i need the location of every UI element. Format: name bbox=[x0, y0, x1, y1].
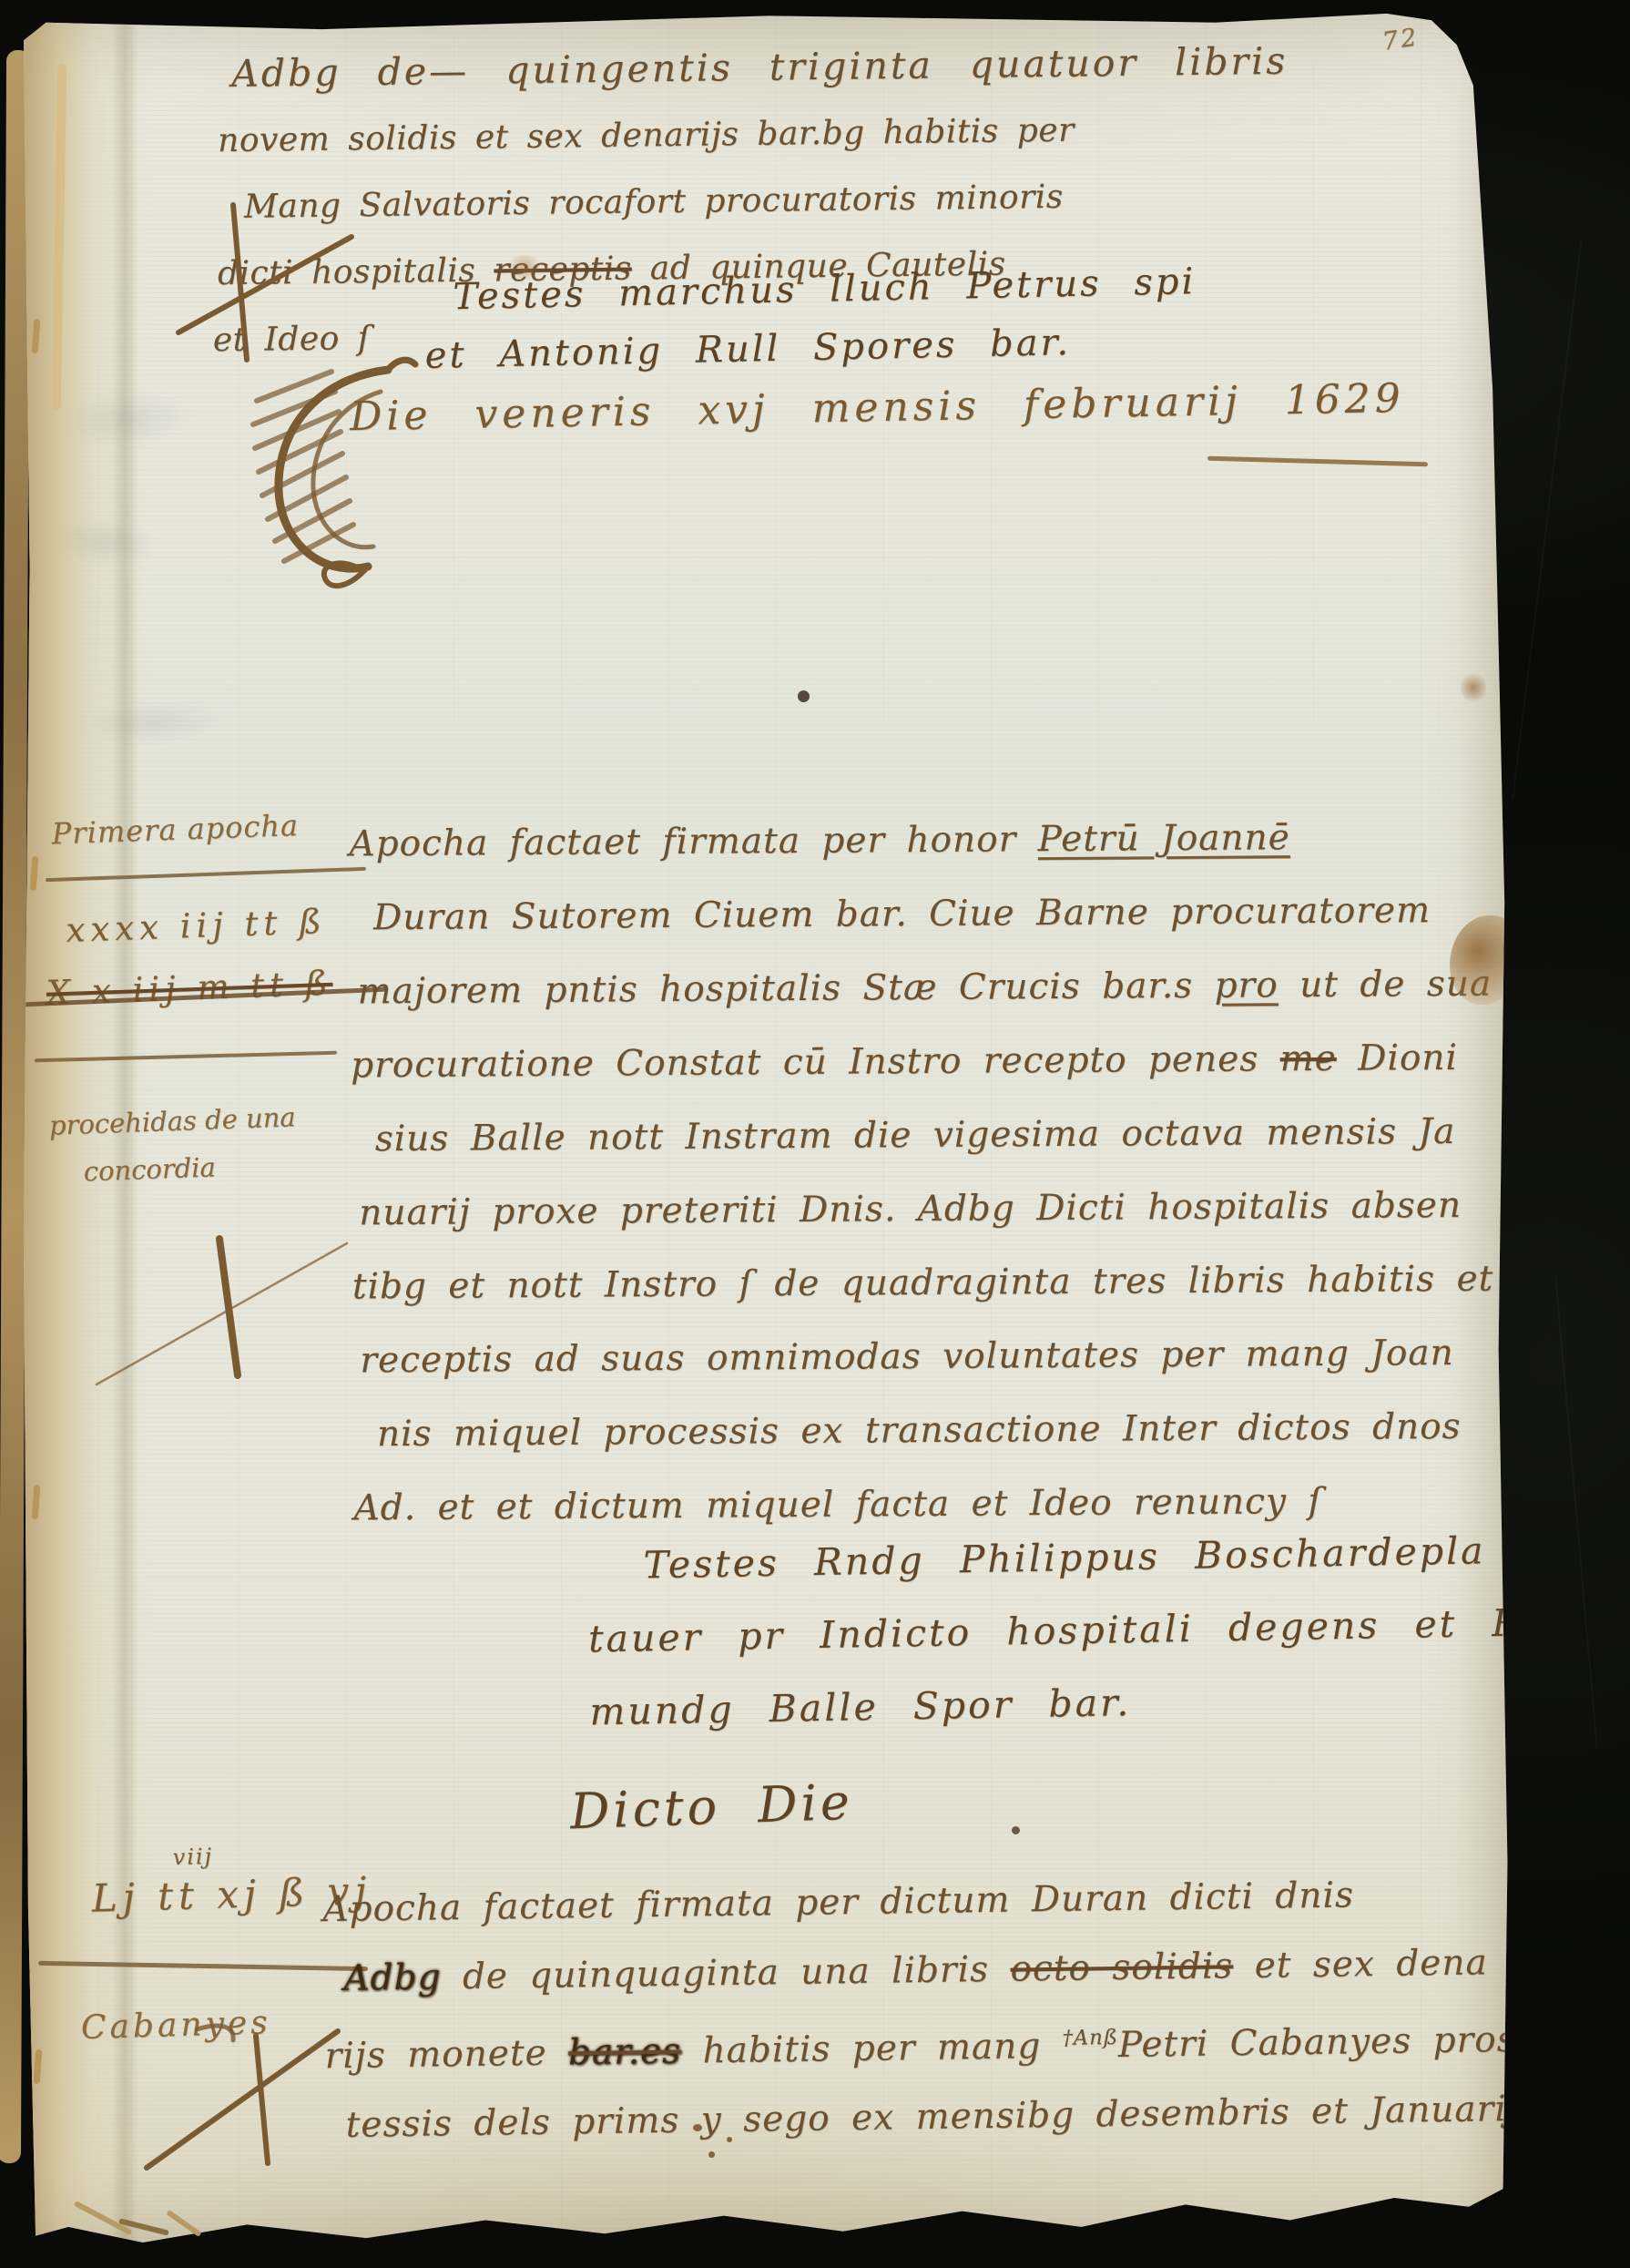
ink-stain bbox=[506, 255, 543, 279]
line-segment: Dioni bbox=[1337, 1037, 1459, 1079]
paraph-flourish-icon bbox=[251, 344, 420, 604]
spine-ridge bbox=[52, 64, 67, 410]
folio-number: 72 bbox=[1380, 23, 1421, 56]
ink-spot bbox=[1012, 1826, 1020, 1834]
show-through-smudge bbox=[58, 387, 199, 451]
manuscript-line: sius Balle nott Instram die vigesima oct… bbox=[351, 1095, 1492, 1177]
ink-speck bbox=[727, 2137, 732, 2142]
margin-note-primera-apocha: Primera apocha xxxx iij tt ß X x iij m t… bbox=[36, 804, 401, 817]
ink-speck bbox=[708, 2151, 715, 2158]
line-segment: de quinquaginta una libris bbox=[441, 1949, 1011, 1998]
binding-stitch bbox=[34, 2049, 43, 2084]
cross-mark bbox=[160, 191, 361, 373]
underline-stroke bbox=[1207, 456, 1428, 467]
underline-stroke bbox=[35, 1051, 337, 1063]
line-segment: habitis per mang bbox=[681, 2026, 1063, 2072]
margin-amount-struck: X x iij m tt ß bbox=[46, 964, 333, 1013]
margin-note-line: procehidas de una bbox=[48, 1101, 296, 1140]
margin-note-line: concordia bbox=[83, 1151, 216, 1187]
margin-amount: xxxx iij tt ß bbox=[66, 902, 328, 950]
binding-stitch bbox=[30, 856, 39, 891]
manuscript-page: 72 Adbg de— quingentis triginta quatuor … bbox=[24, 9, 1513, 2242]
blotted-word: Adbg bbox=[343, 1956, 442, 1998]
underline-stroke bbox=[46, 867, 366, 882]
ink-speck bbox=[693, 2124, 702, 2131]
ink-stain bbox=[1461, 672, 1486, 703]
margin-note-cabanyes: viij Lj tt xj ß vj Cabanyes bbox=[36, 1863, 382, 1873]
show-through-smudge bbox=[50, 516, 161, 567]
struck-words: octo solidis bbox=[1010, 1946, 1233, 1989]
dicto-die-heading: Dicto Die bbox=[569, 1773, 854, 1841]
date-heading: Die veneris xvj mensis februarij 1629 bbox=[350, 375, 1405, 440]
manuscript-line: tibg et nott Instro ſ de quadraginta tre… bbox=[352, 1242, 1494, 1324]
binding-stitch bbox=[32, 319, 41, 353]
ink-spot bbox=[798, 690, 810, 702]
line-segment: Apocha factaet firmata per honor bbox=[349, 819, 1038, 864]
margin-title: Primera apocha bbox=[51, 808, 299, 851]
manuscript-line: Adbg de— quingentis triginta quatuor lib… bbox=[204, 28, 1289, 108]
background-crease bbox=[1554, 1276, 1597, 1748]
entry-second-apocha: Apocha factaet firmata per honor Petrū J… bbox=[349, 800, 1495, 1546]
manuscript-line: majorem pntis hospitalis Stæ Crucis bar.… bbox=[350, 947, 1492, 1029]
line-segment: Petri Cabanyes pros bbox=[1118, 2019, 1516, 2066]
manuscript-scan: 72 Adbg de— quingentis triginta quatuor … bbox=[0, 0, 1630, 2268]
line-segment: majorem pntis hospitalis Stæ Crucis bar.… bbox=[357, 965, 1214, 1013]
line-segment: procuratione Constat cū Instro recepto p… bbox=[351, 1038, 1280, 1086]
show-through-smudge bbox=[77, 699, 225, 746]
interlinear-insertion: †Anß bbox=[1062, 2026, 1118, 2050]
cross-mark bbox=[133, 2013, 351, 2186]
entry-third-apocha: Apocha factaet firmata per dictum Duran … bbox=[322, 1859, 1519, 2161]
line-segment: et sex dena bbox=[1233, 1942, 1488, 1987]
background-crease bbox=[1512, 239, 1583, 800]
struck-word: me bbox=[1280, 1038, 1337, 1079]
manuscript-line: receptis ad suas omnimodas voluntates pe… bbox=[352, 1316, 1494, 1398]
manuscript-line: nuarij proxe preteriti Dnis. Adbg Dicti … bbox=[351, 1169, 1493, 1251]
underlined-words: Petrū Joannē bbox=[1038, 817, 1290, 860]
manuscript-line: Duran Sutorem Ciuem bar. Ciue Barne proc… bbox=[350, 873, 1492, 955]
line-segment: rijs monete bbox=[324, 2032, 568, 2077]
struck-blotted-word: bar.es bbox=[568, 2031, 682, 2074]
cross-mark bbox=[87, 1230, 351, 1394]
underline-stroke bbox=[38, 1961, 368, 1971]
margin-amount-superscript: viij bbox=[172, 1844, 213, 1870]
manuscript-line: Apocha factaet firmata per honor Petrū J… bbox=[349, 800, 1491, 882]
underlined-word: pro bbox=[1214, 965, 1278, 1006]
witness-block-second: Testes Rndg Philippus Boschardepla tauer… bbox=[586, 1513, 1574, 1749]
binding-stitch bbox=[32, 1485, 41, 1519]
manuscript-line: procuratione Constat cū Instro recepto p… bbox=[351, 1021, 1492, 1103]
manuscript-line: nis miquel processis ex transactione Int… bbox=[353, 1390, 1495, 1472]
